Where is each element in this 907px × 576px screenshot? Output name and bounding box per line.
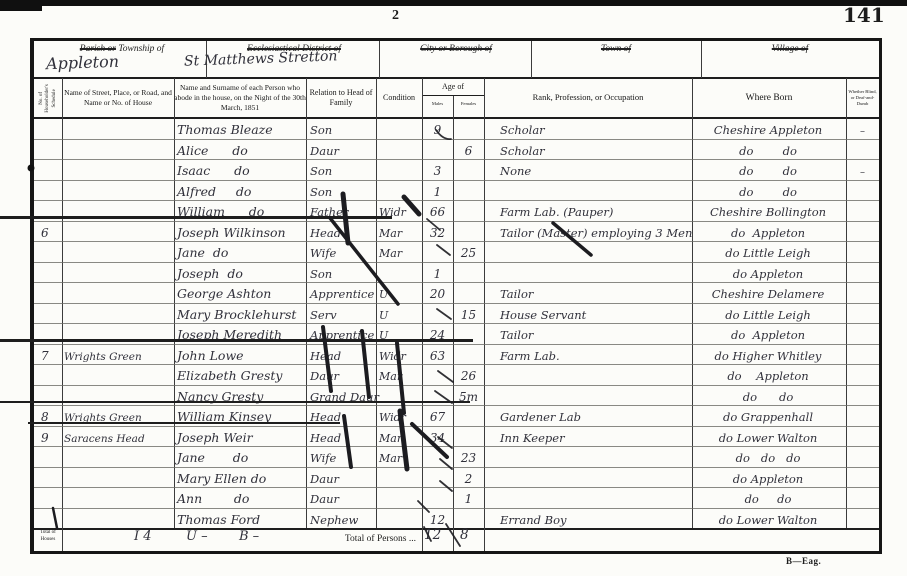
relation-cell: Serv: [310, 308, 374, 322]
where-born-cell: Cheshire Appleton: [692, 123, 844, 137]
grid-hline: [34, 159, 879, 160]
relation-cell: Son: [310, 185, 374, 199]
total-houses-inhabited: I 4: [134, 529, 152, 544]
occupation-cell: None: [486, 164, 690, 178]
township-handwritten-value: Appleton: [46, 52, 120, 74]
condition-cell: Mar: [379, 370, 421, 383]
household-separator: [0, 401, 470, 403]
age-female-cell: 23: [453, 451, 484, 465]
occupation-cell: Tailor: [486, 328, 690, 342]
grid-vline: [531, 41, 532, 78]
relation-cell: Daur: [310, 492, 374, 506]
grid-hline: [34, 508, 879, 509]
folio-number: 141: [843, 3, 885, 27]
name-cell: Isaac do: [177, 163, 305, 178]
condition-cell: Mar: [379, 227, 421, 240]
household-separator: [28, 422, 340, 424]
grid-vline: [62, 528, 63, 551]
condition-cell: Mar: [379, 247, 421, 260]
infirmity-cell: –: [846, 167, 879, 178]
where-born-cell: do Little Leigh: [692, 246, 844, 260]
town-struck-label: Town of: [601, 44, 631, 54]
occupation-cell: Errand Boy: [486, 513, 690, 527]
grid-vline: [422, 528, 423, 551]
grid-vline: [701, 41, 702, 78]
where-born-cell: do do: [692, 390, 844, 404]
where-born-cell: do Appleton: [692, 226, 844, 240]
name-cell: Ann do: [177, 491, 305, 506]
table-row: George Ashton Apprentice U 20 Tailor Che…: [34, 282, 879, 303]
name-cell: Joseph do: [177, 266, 305, 281]
occupation-cell: Tailor (Master) employing 3 Men: [486, 226, 690, 240]
infirmity-cell: –: [846, 126, 879, 137]
table-row: 9 Saracens Head Joseph Weir Head Mar 34 …: [34, 426, 879, 447]
table-row: 7 Wrights Green John Lowe Head Widr 63 F…: [34, 344, 879, 365]
total-houses-label: Total of Houses: [35, 530, 61, 543]
age-male-cell: 34: [422, 431, 453, 445]
relation-cell: Head: [310, 226, 374, 240]
column-header-occupation: Rank, Profession, or Occupation: [484, 78, 692, 118]
name-cell: Elizabeth Gresty: [177, 368, 305, 383]
relation-cell: Daur: [310, 144, 374, 158]
relation-cell: Head: [310, 349, 374, 363]
where-born-cell: do Little Leigh: [692, 308, 844, 322]
table-row: Joseph do Son 1 do Appleton: [34, 262, 879, 283]
name-cell: Joseph Wilkinson: [177, 225, 305, 240]
table-row: Alice do Daur 6 Scholar do do: [34, 139, 879, 160]
age-female-cell: 26: [453, 369, 484, 383]
table-row: Thomas Ford Nephew 12 Errand Boy do Lowe…: [34, 508, 879, 529]
occupation-cell: Inn Keeper: [486, 431, 690, 445]
where-born-cell: Cheshire Bollington: [692, 205, 844, 219]
village-struck-label: Village of: [772, 44, 809, 54]
where-born-cell: do Appleton: [692, 328, 844, 342]
relation-cell: Apprentice: [310, 287, 374, 301]
age-male-cell: 1: [422, 185, 453, 199]
city-label: City or Borough of: [386, 44, 526, 54]
town-label: Town of: [538, 44, 694, 54]
household-separator: [0, 216, 392, 219]
age-male-cell: 9: [422, 123, 453, 137]
table-row: Jane do Wife Mar 25 do Little Leigh: [34, 241, 879, 262]
relation-cell: Nephew: [310, 513, 374, 527]
column-header-relation: Relation to Head of Family: [306, 78, 376, 118]
total-persons-label: Total of Persons ...: [254, 534, 416, 544]
name-cell: Joseph Weir: [177, 430, 305, 445]
grid-hline: [34, 364, 879, 365]
where-born-cell: Cheshire Delamere: [692, 287, 844, 301]
age-male-cell: 32: [422, 226, 453, 240]
age-males-label: Males: [422, 101, 453, 107]
relation-cell: Son: [310, 164, 374, 178]
table-row: Mary Ellen do Daur 2 do Appleton: [34, 467, 879, 488]
where-born-cell: do Grappenhall: [692, 410, 844, 424]
name-cell: Jane do: [177, 450, 305, 465]
grid-vline: [453, 96, 454, 528]
grid-hline: [34, 303, 879, 304]
age-females-label: Females: [453, 101, 484, 107]
column-header-condition: Condition: [376, 78, 422, 118]
name-cell: Jane do: [177, 245, 305, 260]
column-header-name: Name and Surname of each Person who abod…: [174, 78, 306, 118]
where-born-cell: do Appleton: [692, 267, 844, 281]
grid-hline: [34, 180, 879, 181]
relation-cell: Head: [310, 431, 374, 445]
condition-cell: Widr: [379, 411, 421, 424]
age-male-cell: 12: [422, 513, 453, 527]
census-scan-page: 2 141 Parish or Township of Ecclesiastic…: [0, 0, 907, 576]
page-number-center: 2: [392, 8, 400, 24]
grid-hline: [34, 487, 879, 488]
table-row: Alfred do Son 1 do do: [34, 180, 879, 201]
schedule-header-text: No. of Householder's Schedule: [39, 84, 58, 112]
name-cell: George Ashton: [177, 286, 305, 301]
table-row: Thomas Bleaze Son 9 Scholar Cheshire App…: [34, 118, 879, 139]
grid-hline: [34, 446, 879, 447]
where-born-cell: do do do: [692, 451, 844, 465]
condition-cell: Mar: [379, 452, 421, 465]
age-male-cell: 1: [422, 267, 453, 281]
grid-vline: [206, 41, 207, 78]
grid-hline: [34, 405, 879, 406]
table-row: Jane do Wife Mar 23 do do do: [34, 446, 879, 467]
age-female-cell: 1: [453, 492, 484, 506]
grid-hline: [34, 385, 879, 386]
age-female-cell: 25: [453, 246, 484, 260]
census-table: Parish or Township of Ecclesiastical Dis…: [30, 38, 882, 554]
where-born-cell: do do: [692, 144, 844, 158]
name-cell: Thomas Bleaze: [177, 122, 305, 137]
where-born-cell: do Higher Whitley: [692, 349, 844, 363]
grid-hline: [34, 344, 879, 345]
condition-cell: U: [379, 309, 421, 322]
occupation-cell: Scholar: [486, 123, 690, 137]
grid-hline: [34, 241, 879, 242]
name-cell: Mary Brocklehurst: [177, 307, 305, 322]
grid-hline: [34, 467, 879, 468]
age-male-cell: 66: [422, 205, 453, 219]
age-female-cell: 6: [453, 144, 484, 158]
name-cell: Alice do: [177, 143, 305, 158]
age-of-label: Age of: [442, 82, 464, 92]
relation-cell: Daur: [310, 472, 374, 486]
total-houses-uninhabited: U –: [186, 529, 208, 544]
scan-top-edge-artifact: [0, 0, 907, 6]
occupation-cell: House Servant: [486, 308, 690, 322]
where-born-cell: do do: [692, 492, 844, 506]
relation-cell: Daur: [310, 369, 374, 383]
grid-hline: [34, 262, 879, 263]
occupation-cell: Gardener Lab: [486, 410, 690, 424]
table-row: Elizabeth Gresty Daur Mar 26 do Appleton: [34, 364, 879, 385]
condition-cell: Widr: [379, 350, 421, 363]
city-struck-label: City or Borough of: [420, 44, 492, 54]
village-label: Village of: [708, 44, 872, 54]
occupation-cell: Scholar: [486, 144, 690, 158]
printer-mark: B—Eag.: [786, 556, 821, 566]
column-header-infirmity: Whether Blind, or Deaf-and-Dumb: [846, 78, 879, 118]
occupation-cell: Farm Lab. (Pauper): [486, 205, 690, 219]
age-female-cell: 15: [453, 308, 484, 322]
table-row: Ann do Daur 1 do do: [34, 487, 879, 508]
grid-hline: [34, 139, 879, 140]
age-male-cell: 67: [422, 410, 453, 424]
age-female-cell: 2: [453, 472, 484, 486]
total-persons-female: 8: [460, 527, 469, 543]
relation-cell: Wife: [310, 246, 374, 260]
condition-cell: U: [379, 288, 421, 301]
grid-vline: [453, 528, 454, 551]
name-cell: Thomas Ford: [177, 512, 305, 527]
where-born-cell: do Lower Walton: [692, 513, 844, 527]
column-header-street: Name of Street, Place, or Road, and Name…: [62, 78, 174, 118]
total-persons-male: 12: [424, 527, 441, 543]
grid-vline: [484, 528, 485, 551]
grid-vline: [379, 41, 380, 78]
relation-cell: Wife: [310, 451, 374, 465]
grid-hline: [34, 323, 879, 324]
condition-cell: Mar: [379, 432, 421, 445]
township-of-label: Township of: [116, 44, 164, 54]
occupation-cell: Farm Lab.: [486, 349, 690, 363]
schedule-number-cell: 6: [34, 226, 69, 240]
where-born-cell: do Appleton: [692, 369, 844, 383]
age-male-cell: 3: [422, 164, 453, 178]
where-born-cell: do Lower Walton: [692, 431, 844, 445]
name-cell: Alfred do: [177, 184, 305, 199]
relation-cell: Son: [310, 123, 374, 137]
grid-hline: [34, 200, 879, 201]
grid-hline: [34, 221, 879, 222]
age-male-cell: 63: [422, 349, 453, 363]
age-male-cell: 20: [422, 287, 453, 301]
where-born-cell: do do: [692, 164, 844, 178]
header-rule: [34, 77, 879, 79]
column-header-where-born: Where Born: [692, 78, 846, 118]
household-separator: [0, 339, 473, 342]
where-born-cell: do Appleton: [692, 472, 844, 486]
street-cell: Saracens Head: [64, 433, 174, 445]
where-born-cell: do do: [692, 185, 844, 199]
street-cell: Wrights Green: [64, 351, 174, 363]
name-cell: Mary Ellen do: [177, 471, 305, 486]
occupation-cell: Tailor: [486, 287, 690, 301]
name-cell: John Lowe: [177, 348, 305, 363]
column-header-schedule: No. of Householder's Schedule: [34, 78, 62, 118]
relation-cell: Son: [310, 267, 374, 281]
scan-corner-artifact: [0, 0, 42, 11]
table-row: Isaac do Son 3 None do do –: [34, 159, 879, 180]
grid-hline: [34, 426, 879, 427]
grid-hline: [34, 282, 879, 283]
table-row: Mary Brocklehurst Serv U 15 House Servan…: [34, 303, 879, 324]
table-row: 6 Joseph Wilkinson Head Mar 32 Tailor (M…: [34, 221, 879, 242]
